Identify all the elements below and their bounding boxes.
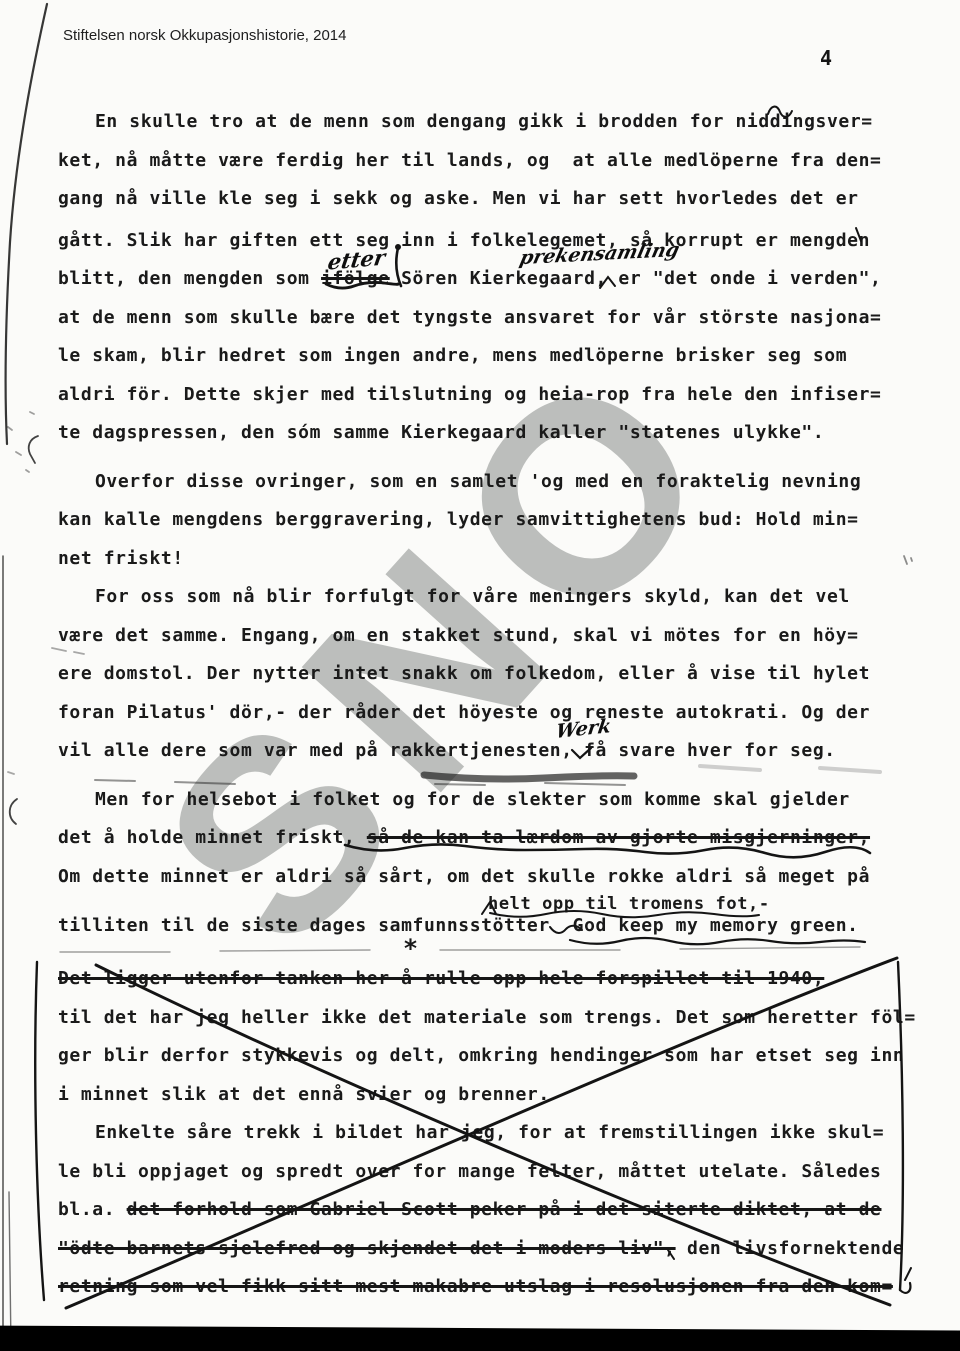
typed-text: te dagspressen, den sóm samme Kierkegaar… bbox=[58, 422, 824, 443]
typed-line: bl.a. det forhold som Gabriel Scott peke… bbox=[58, 1191, 960, 1230]
typed-text: til det har jeg heller ikke det material… bbox=[58, 1007, 916, 1028]
typed-text: le skam, blir hedret som ingen andre, me… bbox=[58, 345, 847, 366]
typed-line: net friskt! bbox=[58, 540, 960, 579]
typed-line: ere domstol. Der nytter intet snakk om f… bbox=[58, 655, 960, 694]
typed-text: net friskt! bbox=[58, 548, 184, 569]
struck-text: Det ligger utenfor tanken her å rulle op… bbox=[58, 968, 824, 989]
typed-line: gang nå ville kle seg i sekk og aske. Me… bbox=[58, 180, 960, 219]
typed-text: le bli oppjaget og spredt over for mange… bbox=[58, 1161, 881, 1182]
typed-text: det å holde minnet friskt, bbox=[58, 827, 367, 848]
typed-text: gang nå ville kle seg i sekk og aske. Me… bbox=[58, 188, 859, 209]
typed-line: være det samme. Engang, om en stakket st… bbox=[58, 617, 960, 656]
typed-text: aldri för. Dette skjer med tilslutning o… bbox=[58, 384, 881, 405]
typed-text: ket, nå måtte være ferdig her til lands,… bbox=[58, 150, 881, 171]
typed-text: For oss som nå blir forfulgt for våre me… bbox=[95, 586, 850, 607]
page-number: 4 bbox=[820, 46, 832, 70]
typed-text: tilliten til de siste dages samfunnsstöt… bbox=[58, 915, 550, 936]
typed-text: bl.a. bbox=[58, 1199, 127, 1220]
struck-text: så de kan ta lærdom av gjorte misgjernin… bbox=[367, 827, 870, 848]
typed-line: kan kalle mengdens berggravering, lyder … bbox=[58, 501, 960, 540]
typed-text: God keep my memory green. bbox=[573, 915, 859, 936]
typed-text: En skulle tro at de menn som dengang gik… bbox=[95, 111, 873, 132]
typed-line: ger blir derfor stykkevis og delt, omkri… bbox=[58, 1037, 960, 1076]
typed-line: * bbox=[58, 940, 960, 960]
typed-text: i minnet slik at det ennå svier og brenn… bbox=[58, 1084, 550, 1105]
typed-text bbox=[550, 915, 573, 936]
typed-text: være det samme. Engang, om en stakket st… bbox=[58, 625, 859, 646]
typed-line: i minnet slik at det ennå svier og brenn… bbox=[58, 1076, 960, 1115]
typed-line: blitt, den mengden som ifölge Sören Kier… bbox=[58, 260, 960, 299]
typed-text: blitt, den mengden som bbox=[58, 268, 321, 289]
typed-line: vil alle dere som var med på rakkertjene… bbox=[58, 732, 960, 771]
typed-line: til det har jeg heller ikke det material… bbox=[58, 999, 960, 1038]
typed-line: For oss som nå blir forfulgt for våre me… bbox=[58, 578, 960, 617]
typed-line: le skam, blir hedret som ingen andre, me… bbox=[58, 337, 960, 376]
struck-text: "ödte barnets sjelefred og skjendet det … bbox=[58, 1238, 676, 1259]
typed-line: retning som vel fikk sitt mest makabre u… bbox=[58, 1268, 960, 1307]
handwritten-word-etter: etter bbox=[326, 244, 387, 274]
typed-line: Enkelte såre trekk i bildet har jeg, for… bbox=[58, 1114, 960, 1153]
typed-line: "ödte barnets sjelefred og skjendet det … bbox=[58, 1230, 960, 1269]
archive-label: Stiftelsen norsk Okkupasjonshistorie, 20… bbox=[63, 27, 346, 44]
typed-line: Om dette minnet er aldri så sårt, om det… bbox=[58, 858, 960, 897]
typed-line: aldri för. Dette skjer med tilslutning o… bbox=[58, 376, 960, 415]
typed-text: Overfor disse ovringer, som en samlet 'o… bbox=[95, 471, 861, 492]
typed-line: det å holde minnet friskt, så de kan ta … bbox=[58, 819, 960, 858]
typed-text: ger blir derfor stykkevis og delt, omkri… bbox=[58, 1045, 904, 1066]
typed-line: helt opp til tromens fot,- bbox=[58, 896, 960, 912]
typed-line: Det ligger utenfor tanken her å rulle op… bbox=[58, 960, 960, 999]
typed-line: foran Pilatus' dör,- der råder det höyes… bbox=[58, 694, 960, 733]
typed-text: ere domstol. Der nytter intet snakk om f… bbox=[58, 663, 870, 684]
typed-text: Om dette minnet er aldri så sårt, om det… bbox=[58, 866, 870, 887]
typed-text: gått. Slik har giften ett seg inn i folk… bbox=[58, 230, 870, 251]
typed-text: helt opp til tromens fot,- bbox=[488, 894, 770, 914]
typed-line: ket, nå måtte være ferdig her til lands,… bbox=[58, 142, 960, 181]
struck-text: retning som vel fikk sitt mest makabre u… bbox=[58, 1276, 893, 1297]
typed-line: gått. Slik har giften ett seg inn i folk… bbox=[58, 222, 960, 261]
typed-text: Sören Kierkegaard, er "det onde i verden… bbox=[390, 268, 882, 289]
scan-black-bar bbox=[0, 1320, 960, 1351]
typed-text: Enkelte såre trekk i bildet har jeg, for… bbox=[95, 1122, 884, 1143]
typed-text: den livsfornektende bbox=[676, 1238, 905, 1259]
typed-lines: En skulle tro at de menn som dengang gik… bbox=[0, 103, 960, 1307]
struck-text: det forhold som Gabriel Scott peker på i… bbox=[127, 1199, 882, 1220]
typed-line: Overfor disse ovringer, som en samlet 'o… bbox=[58, 463, 960, 502]
typed-text: foran Pilatus' dör,- der råder det höyes… bbox=[58, 702, 870, 723]
typed-text: Men for helsebot i folket og for de slek… bbox=[95, 789, 850, 810]
typed-line: tilliten til de siste dages samfunnsstöt… bbox=[58, 912, 960, 940]
typed-text: kan kalle mengdens berggravering, lyder … bbox=[58, 509, 859, 530]
typed-line: En skulle tro at de menn som dengang gik… bbox=[58, 103, 960, 142]
typed-line: at de menn som skulle bære det tyngste a… bbox=[58, 299, 960, 338]
scanned-document-page: SNO Stiftelsen norsk Okkupasjonshistorie… bbox=[0, 0, 960, 1351]
typed-line: Men for helsebot i folket og for de slek… bbox=[58, 781, 960, 820]
typed-text: vil alle dere som var med på rakkertjene… bbox=[58, 740, 836, 761]
typed-text: * bbox=[403, 934, 419, 963]
typed-line: te dagspressen, den sóm samme Kierkegaar… bbox=[58, 414, 960, 453]
typed-line: le bli oppjaget og spredt over for mange… bbox=[58, 1153, 960, 1192]
typed-text: at de menn som skulle bære det tyngste a… bbox=[58, 307, 881, 328]
